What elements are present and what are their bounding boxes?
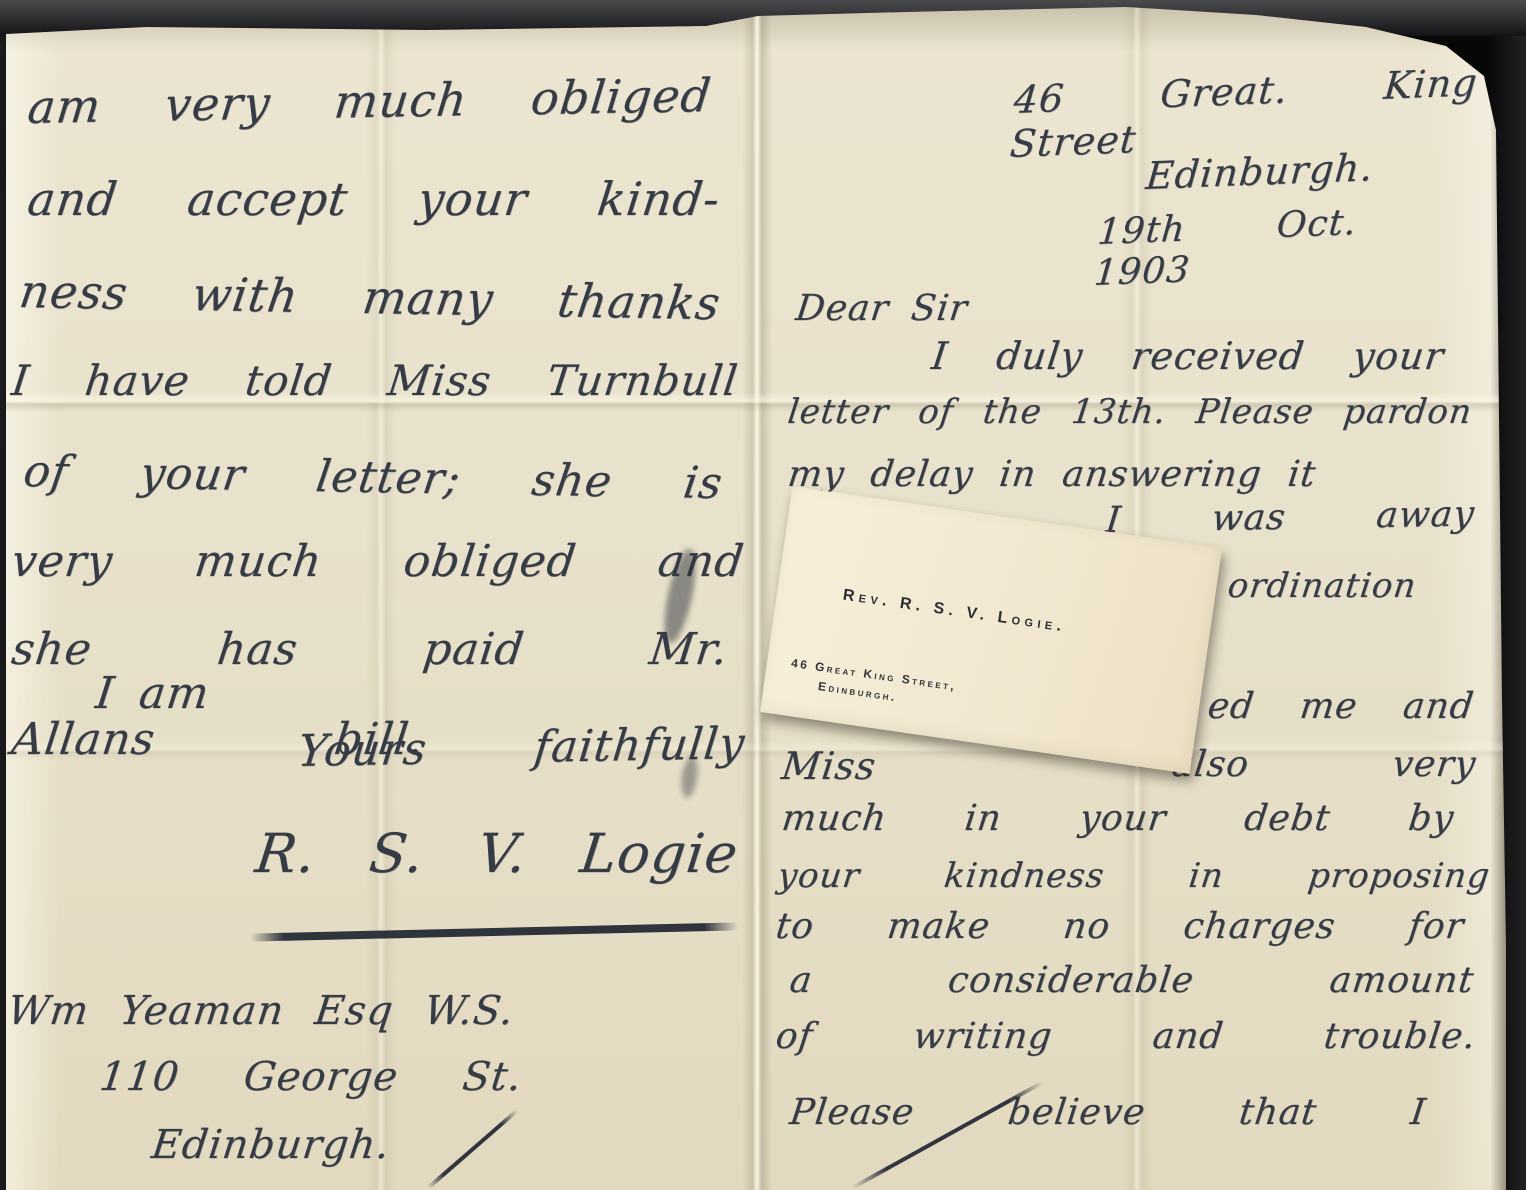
handwriting-line: Please believe that I <box>787 1092 1428 1133</box>
recipient-address-line: Wm Yeaman Esq W.S. <box>5 988 517 1034</box>
handwriting-line-fragment: Miss <box>779 744 878 788</box>
letter-photograph: am very much obliged and accept your kin… <box>0 0 1526 1190</box>
signature: R. S. V. Logie <box>252 822 742 885</box>
handwriting-line-fragment: ed me and <box>1205 686 1476 727</box>
recipient-address-line: Edinburgh. <box>149 1122 393 1168</box>
handwriting-line: I duly received your <box>929 334 1446 378</box>
handwriting-line: much in your debt by <box>779 798 1456 839</box>
letter-heading-date: 19th Oct. 1903 <box>1093 202 1359 294</box>
fold-crease-center <box>742 0 772 1190</box>
letter-heading-city: Edinburgh. <box>1144 145 1375 198</box>
closing-i-am: I am <box>93 668 213 719</box>
handwriting-line: I was away <box>1104 494 1477 541</box>
handwriting-line: my delay in answering it <box>785 454 1318 495</box>
handwriting-line: your kindness in proposing <box>776 856 1493 896</box>
closing-yours-faithfully: Yours faithfully <box>295 718 747 777</box>
recipient-address-line: 110 George St. <box>97 1054 525 1100</box>
card-name-text: Rev. R. S. V. Logie. <box>803 581 1106 642</box>
handwriting-line: to make no charges for <box>773 906 1466 947</box>
handwriting-line: letter of the 13th. Please pardon <box>786 392 1475 432</box>
handwriting-line: and accept your kind- <box>25 172 724 226</box>
handwriting-line-fragment: also very <box>1169 744 1478 785</box>
handwriting-line: ordination <box>1226 566 1475 606</box>
salutation: Dear Sir <box>793 288 970 329</box>
handwriting-line: of writing and trouble. <box>773 1016 1478 1057</box>
handwriting-line: I have told Miss Turnbull <box>9 356 741 405</box>
handwriting-line: very much obliged and <box>9 536 747 587</box>
card-address: 46 Great King Street, Edinburgh. <box>787 654 958 716</box>
handwriting-line: a considerable amount <box>787 960 1476 1001</box>
